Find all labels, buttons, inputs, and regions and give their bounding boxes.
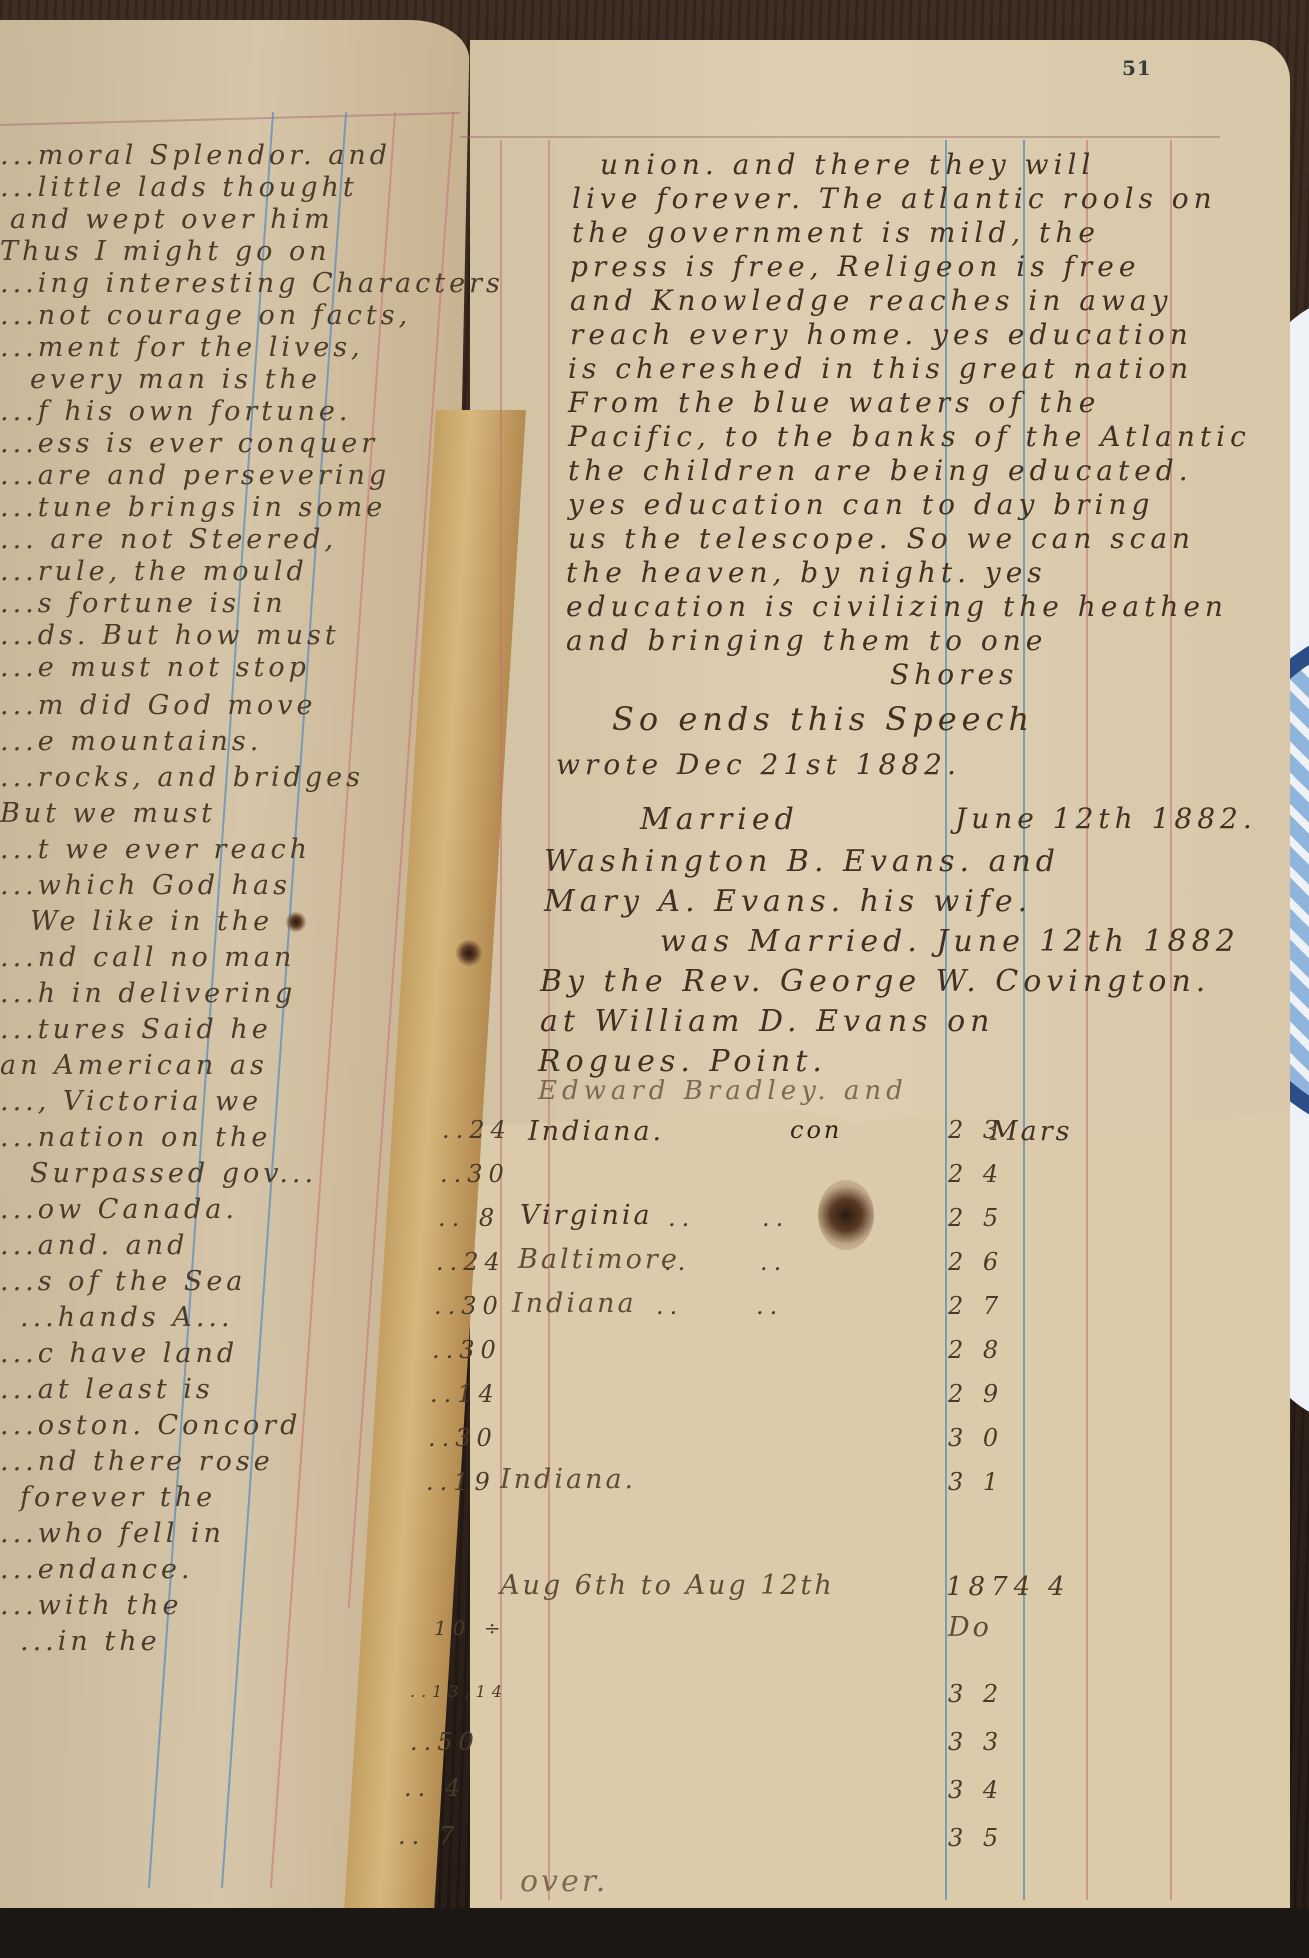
left-line: ...ds. But how must — [0, 620, 340, 651]
left-line: Thus I might go on — [0, 236, 331, 267]
row-entry: 3 0 — [948, 1424, 1004, 1452]
row-entry: 2 7 — [948, 1292, 1004, 1320]
date-range: Aug 6th to Aug 12th — [500, 1570, 835, 1601]
torn-paper-slip — [470, 1110, 1290, 1920]
ledger-year-extra: 4 — [1048, 1572, 1071, 1602]
row-ditto: .. — [668, 1204, 695, 1232]
left-line: ...ess is ever conquer — [0, 428, 378, 459]
left-line: ...s of the Sea — [0, 1266, 246, 1297]
marriage-line: at William D. Evans on — [540, 1004, 994, 1039]
row-marker: ..13,14 — [410, 1682, 508, 1701]
left-line: ...h in delivering — [0, 978, 296, 1009]
row-place: Indiana. — [528, 1116, 664, 1147]
right-header-rule — [460, 136, 1220, 138]
burn-stain — [818, 1180, 874, 1250]
ledger-year: 1874 — [946, 1572, 1036, 1602]
row-marker: .. 7 — [398, 1822, 460, 1850]
left-line: We like in the — [30, 906, 273, 937]
row-marker: ..30 — [434, 1292, 504, 1320]
row-ditto: .. — [762, 1204, 789, 1232]
row-entry: 3 2 — [948, 1680, 1004, 1708]
speech-line: the heaven, by night. yes — [566, 556, 1047, 589]
left-line: ...with the — [0, 1590, 183, 1621]
row-ditto: .. — [756, 1292, 783, 1320]
left-line: ...moral Splendor. and — [0, 140, 391, 171]
speech-line: and Knowledge reaches in away — [570, 284, 1172, 317]
marriage-line: Mary A. Evans. his wife. — [544, 884, 1032, 919]
speech-line: union. and there they will — [600, 148, 1095, 181]
left-line: ...nd call no man — [0, 942, 295, 973]
left-line: ...f his own fortune. — [0, 396, 351, 427]
speech-end-word: Shores — [890, 658, 1018, 691]
speech-date-line: wrote Dec 21st 1882. — [556, 748, 961, 781]
speech-line: reach every home. yes education — [570, 318, 1193, 351]
speech-line: is chereshed in this great nation — [568, 352, 1193, 385]
left-line: ...ment for the lives, — [0, 332, 364, 363]
row-place: Virginia — [520, 1200, 653, 1231]
left-line: ..., Victoria we — [0, 1086, 262, 1117]
left-line: Surpassed gov... — [30, 1158, 317, 1189]
left-line: ...rule, the mould — [0, 556, 308, 587]
row-marker: .. 4 — [404, 1774, 466, 1802]
left-line: ...are and persevering — [0, 460, 390, 491]
marriage-line: was Married. June 12th 1882 — [660, 924, 1240, 959]
row-entry: 2 6 — [948, 1248, 1004, 1276]
left-line: ...at least is — [0, 1374, 214, 1405]
over-note: over. — [520, 1864, 608, 1899]
speech-line: yes education can to day bring — [568, 488, 1154, 521]
burn-stain — [286, 912, 306, 932]
burn-stain — [456, 940, 482, 966]
left-line: ...rocks, and bridges — [0, 762, 364, 793]
speech-line: Pacific, to the banks of the Atlantic — [568, 420, 1251, 453]
row-marker: ..14 — [430, 1380, 500, 1408]
left-line: ...not courage on facts, — [0, 300, 411, 331]
left-line: ...little lads thought — [0, 172, 358, 203]
speech-line: and bringing them to one — [566, 624, 1047, 657]
row-place: Indiana — [512, 1288, 637, 1319]
left-line: ...nd there rose — [0, 1446, 274, 1477]
row-entry: 3 5 — [948, 1824, 1004, 1852]
row-ditto: .. — [664, 1248, 691, 1276]
left-line: ...s fortune is in — [0, 588, 287, 619]
marker-10: 10 ÷ — [434, 1616, 507, 1640]
speech-line: the government is mild, the — [572, 216, 1100, 249]
row-entry: 2 9 — [948, 1380, 1004, 1408]
left-line: ...e must not stop — [0, 652, 310, 683]
left-line: ... are not Steered, — [0, 524, 337, 555]
marriage-heading-date: June 12th 1882. — [955, 802, 1257, 835]
row-entry: 3 3 — [948, 1728, 1004, 1756]
left-line: and wept over him — [10, 204, 334, 235]
speech-line: press is free, Religeon is free — [570, 250, 1140, 283]
speech-line: the children are being educated. — [568, 454, 1193, 487]
marriage-heading: Married — [640, 802, 799, 837]
row-marker: ..24 — [442, 1116, 512, 1144]
left-line: ...e mountains. — [0, 726, 262, 757]
row-entry: 2 8 — [948, 1336, 1004, 1364]
left-line: forever the — [20, 1482, 216, 1513]
row-entry: 2 4 — [948, 1160, 1004, 1188]
row-marker: .. 8 — [438, 1204, 500, 1232]
row-marker: ..30 — [432, 1336, 502, 1364]
dark-cloth — [0, 1908, 1309, 1958]
left-line: an American as — [0, 1050, 268, 1081]
left-line: ...nation on the — [0, 1122, 271, 1153]
left-line: ...c have land — [0, 1338, 238, 1369]
left-line: But we must — [0, 798, 216, 829]
row-marker: ..24 — [436, 1248, 506, 1276]
page-number: 51 — [1122, 56, 1152, 80]
ditto-mark: Do — [948, 1612, 992, 1643]
left-line: ...ing interesting Characters — [0, 268, 504, 299]
row-marker: ..30 — [428, 1424, 498, 1452]
row-place: Baltimore — [518, 1244, 680, 1275]
left-line: ...in the — [20, 1626, 161, 1657]
speech-line: From the blue waters of the — [568, 386, 1100, 419]
left-line: every man is the — [30, 364, 321, 395]
marriage-line: By the Rev. George W. Covington. — [540, 964, 1210, 999]
left-line: ...m did God move — [0, 690, 317, 721]
marriage-line: Edward Bradley. and — [538, 1076, 908, 1106]
speech-line: live forever. The atlantic rools on — [572, 182, 1217, 215]
left-line: ...tures Said he — [0, 1014, 272, 1045]
marriage-line: Rogues. Point. — [538, 1044, 827, 1079]
row-entry: 2 5 — [948, 1204, 1004, 1232]
row-ditto: .. — [656, 1292, 683, 1320]
left-line: ...who fell in — [0, 1518, 225, 1549]
row-ditto: .. — [760, 1248, 787, 1276]
left-line: ...hands A... — [20, 1302, 234, 1333]
left-line: ...oston. Concord — [0, 1410, 301, 1441]
row-entry: 3 1 — [948, 1468, 1004, 1496]
ledger-header-note: con — [790, 1116, 842, 1144]
row-marker: ..50 — [410, 1728, 480, 1756]
row-entry: 3 4 — [948, 1776, 1004, 1804]
left-line: ...and. and — [0, 1230, 188, 1261]
speech-closing-line: So ends this Speech — [612, 700, 1034, 738]
left-line: ...ow Canada. — [0, 1194, 238, 1225]
left-line: ...which God has — [0, 870, 291, 901]
left-line: ...t we ever reach — [0, 834, 311, 865]
row-marker: ..19 — [426, 1468, 496, 1496]
row-entry: 2 3 — [948, 1116, 1004, 1144]
right-red-rule-4 — [1170, 140, 1172, 1900]
row-marker: ..30 — [440, 1160, 510, 1188]
left-line: ...endance. — [0, 1554, 194, 1585]
speech-line: us the telescope. So we can scan — [568, 522, 1195, 555]
left-line: ...tune brings in some — [0, 492, 386, 523]
marriage-line: Washington B. Evans. and — [544, 844, 1060, 879]
row-place: Indiana. — [500, 1464, 636, 1495]
speech-line: education is civilizing the heathen — [566, 590, 1228, 623]
